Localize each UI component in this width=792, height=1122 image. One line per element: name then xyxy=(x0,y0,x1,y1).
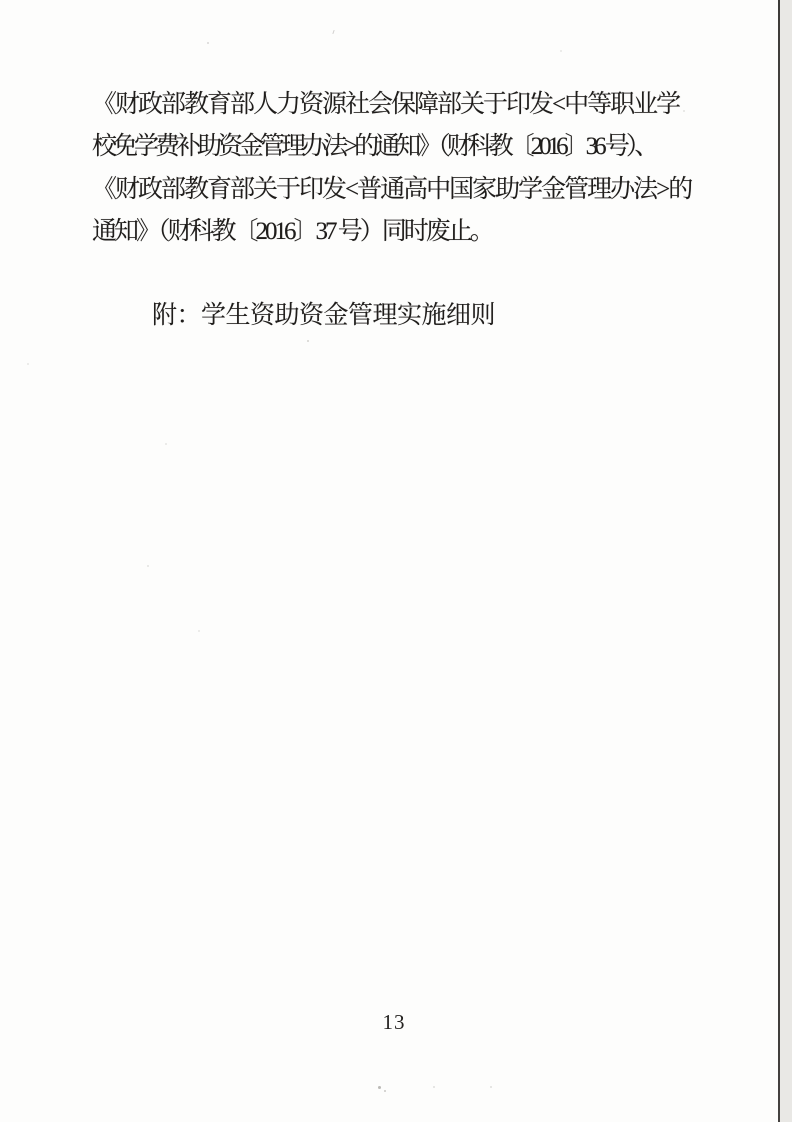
body-line-3: 《财政部教育部关于印发<普通高中国家助学金管理办法>的 xyxy=(92,175,691,205)
scan-speck xyxy=(378,1086,381,1089)
scan-speck xyxy=(433,1086,435,1088)
scan-speck xyxy=(384,1090,386,1092)
scan-speck xyxy=(27,363,29,365)
scanned-document-page: 《财政部教育部人力资源社会保障部关于印发<中等职业学 校免学费补助资金管理办法>… xyxy=(0,0,792,1122)
scan-speck xyxy=(560,50,562,52)
scan-speck xyxy=(198,630,200,632)
scan-speck xyxy=(683,110,685,112)
scan-speck xyxy=(165,443,167,445)
scan-speck xyxy=(490,1086,492,1088)
scan-speck xyxy=(332,30,334,34)
scan-speck xyxy=(207,42,209,44)
body-line-2: 校免学费补助资金管理办法>的通知》（财科教〔2016〕36 号）、 xyxy=(92,132,655,162)
attachment-line: 附：学生资助资金管理实施细则 xyxy=(152,301,495,331)
scan-speck xyxy=(147,565,149,567)
body-line-4: 通知》（财科教〔2016〕37 号）同时废止。 xyxy=(92,217,492,247)
body-line-1: 《财政部教育部人力资源社会保障部关于印发<中等职业学 xyxy=(92,90,679,120)
scan-speck xyxy=(307,340,309,342)
page-number: 13 xyxy=(0,1010,788,1035)
scan-edge-strip xyxy=(780,0,792,1122)
